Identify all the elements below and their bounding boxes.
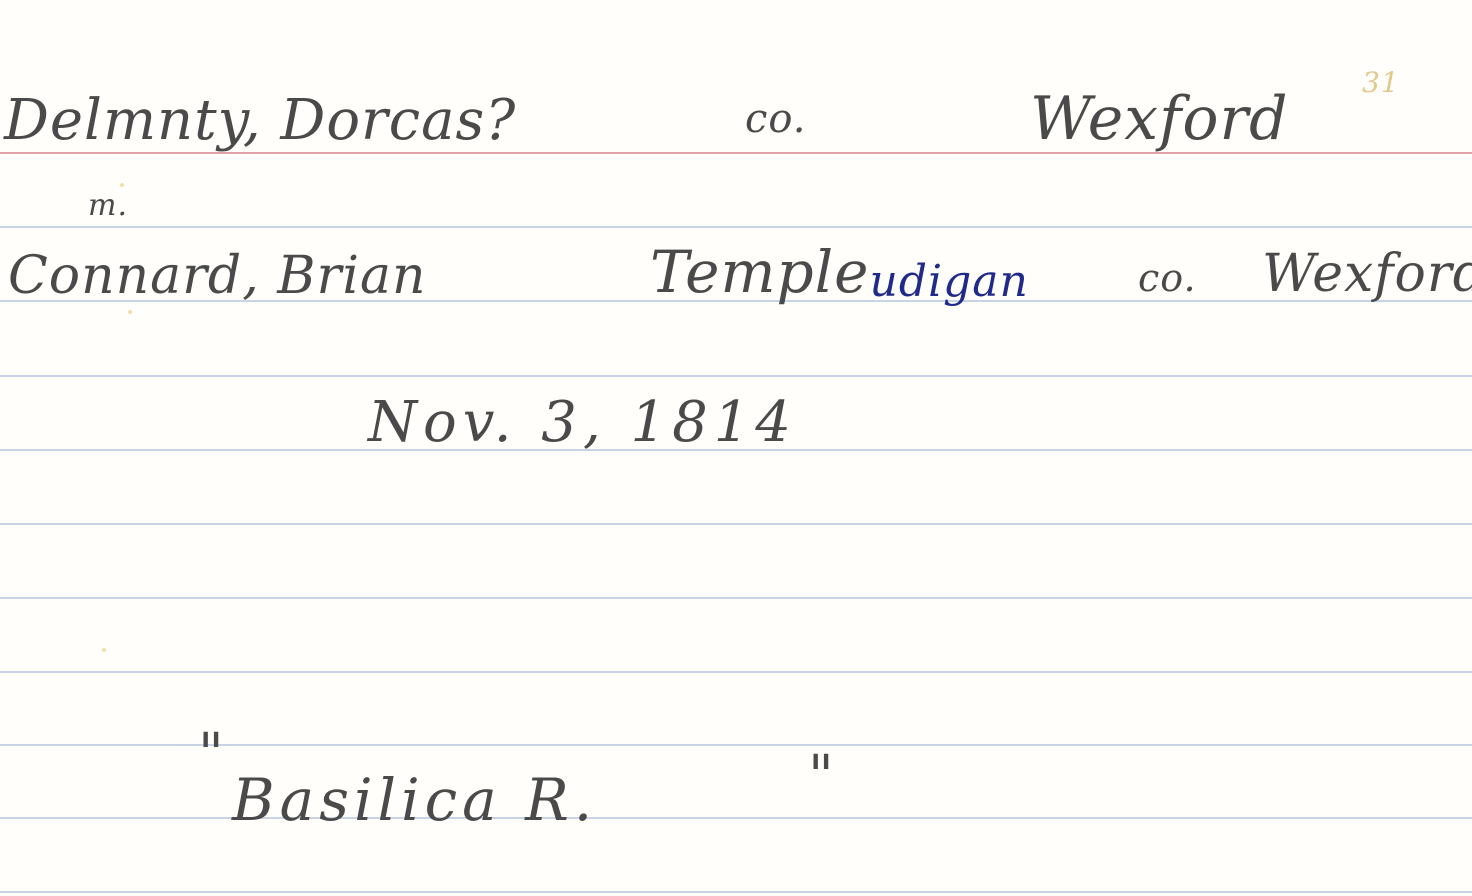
source-open-quote: "	[198, 722, 225, 787]
parish-prefix: Temple	[650, 238, 870, 306]
county-prefix-2: co.	[1138, 256, 1197, 300]
marriage-date: Nov. 3, 1814	[368, 390, 797, 455]
source-close-quote: "	[808, 744, 835, 809]
parish: Templeudigan	[650, 238, 1029, 306]
county-2: Wexford	[1262, 244, 1472, 304]
index-card: 31 Delmnty, Dorcas? co. Wexford m. Conna…	[0, 0, 1472, 896]
paper-stain	[128, 310, 132, 314]
source-name: Basilica R.	[232, 766, 597, 834]
parish-correction: udigan	[870, 256, 1029, 307]
blue-rule	[0, 375, 1472, 377]
blue-rule	[0, 226, 1472, 228]
blue-rule	[0, 891, 1472, 893]
married-marker: m.	[88, 188, 128, 223]
paper-stain	[120, 183, 124, 187]
blue-rule	[0, 817, 1472, 819]
county-1: Wexford	[1030, 84, 1289, 154]
blue-rule	[0, 671, 1472, 673]
paper-stain	[102, 648, 106, 652]
bride-name: Delmnty, Dorcas?	[4, 88, 516, 153]
blue-rule	[0, 597, 1472, 599]
blue-rule	[0, 523, 1472, 525]
corner-number: 31	[1362, 66, 1400, 99]
county-prefix-1: co.	[745, 96, 807, 142]
groom-name: Connard, Brian	[8, 246, 426, 306]
